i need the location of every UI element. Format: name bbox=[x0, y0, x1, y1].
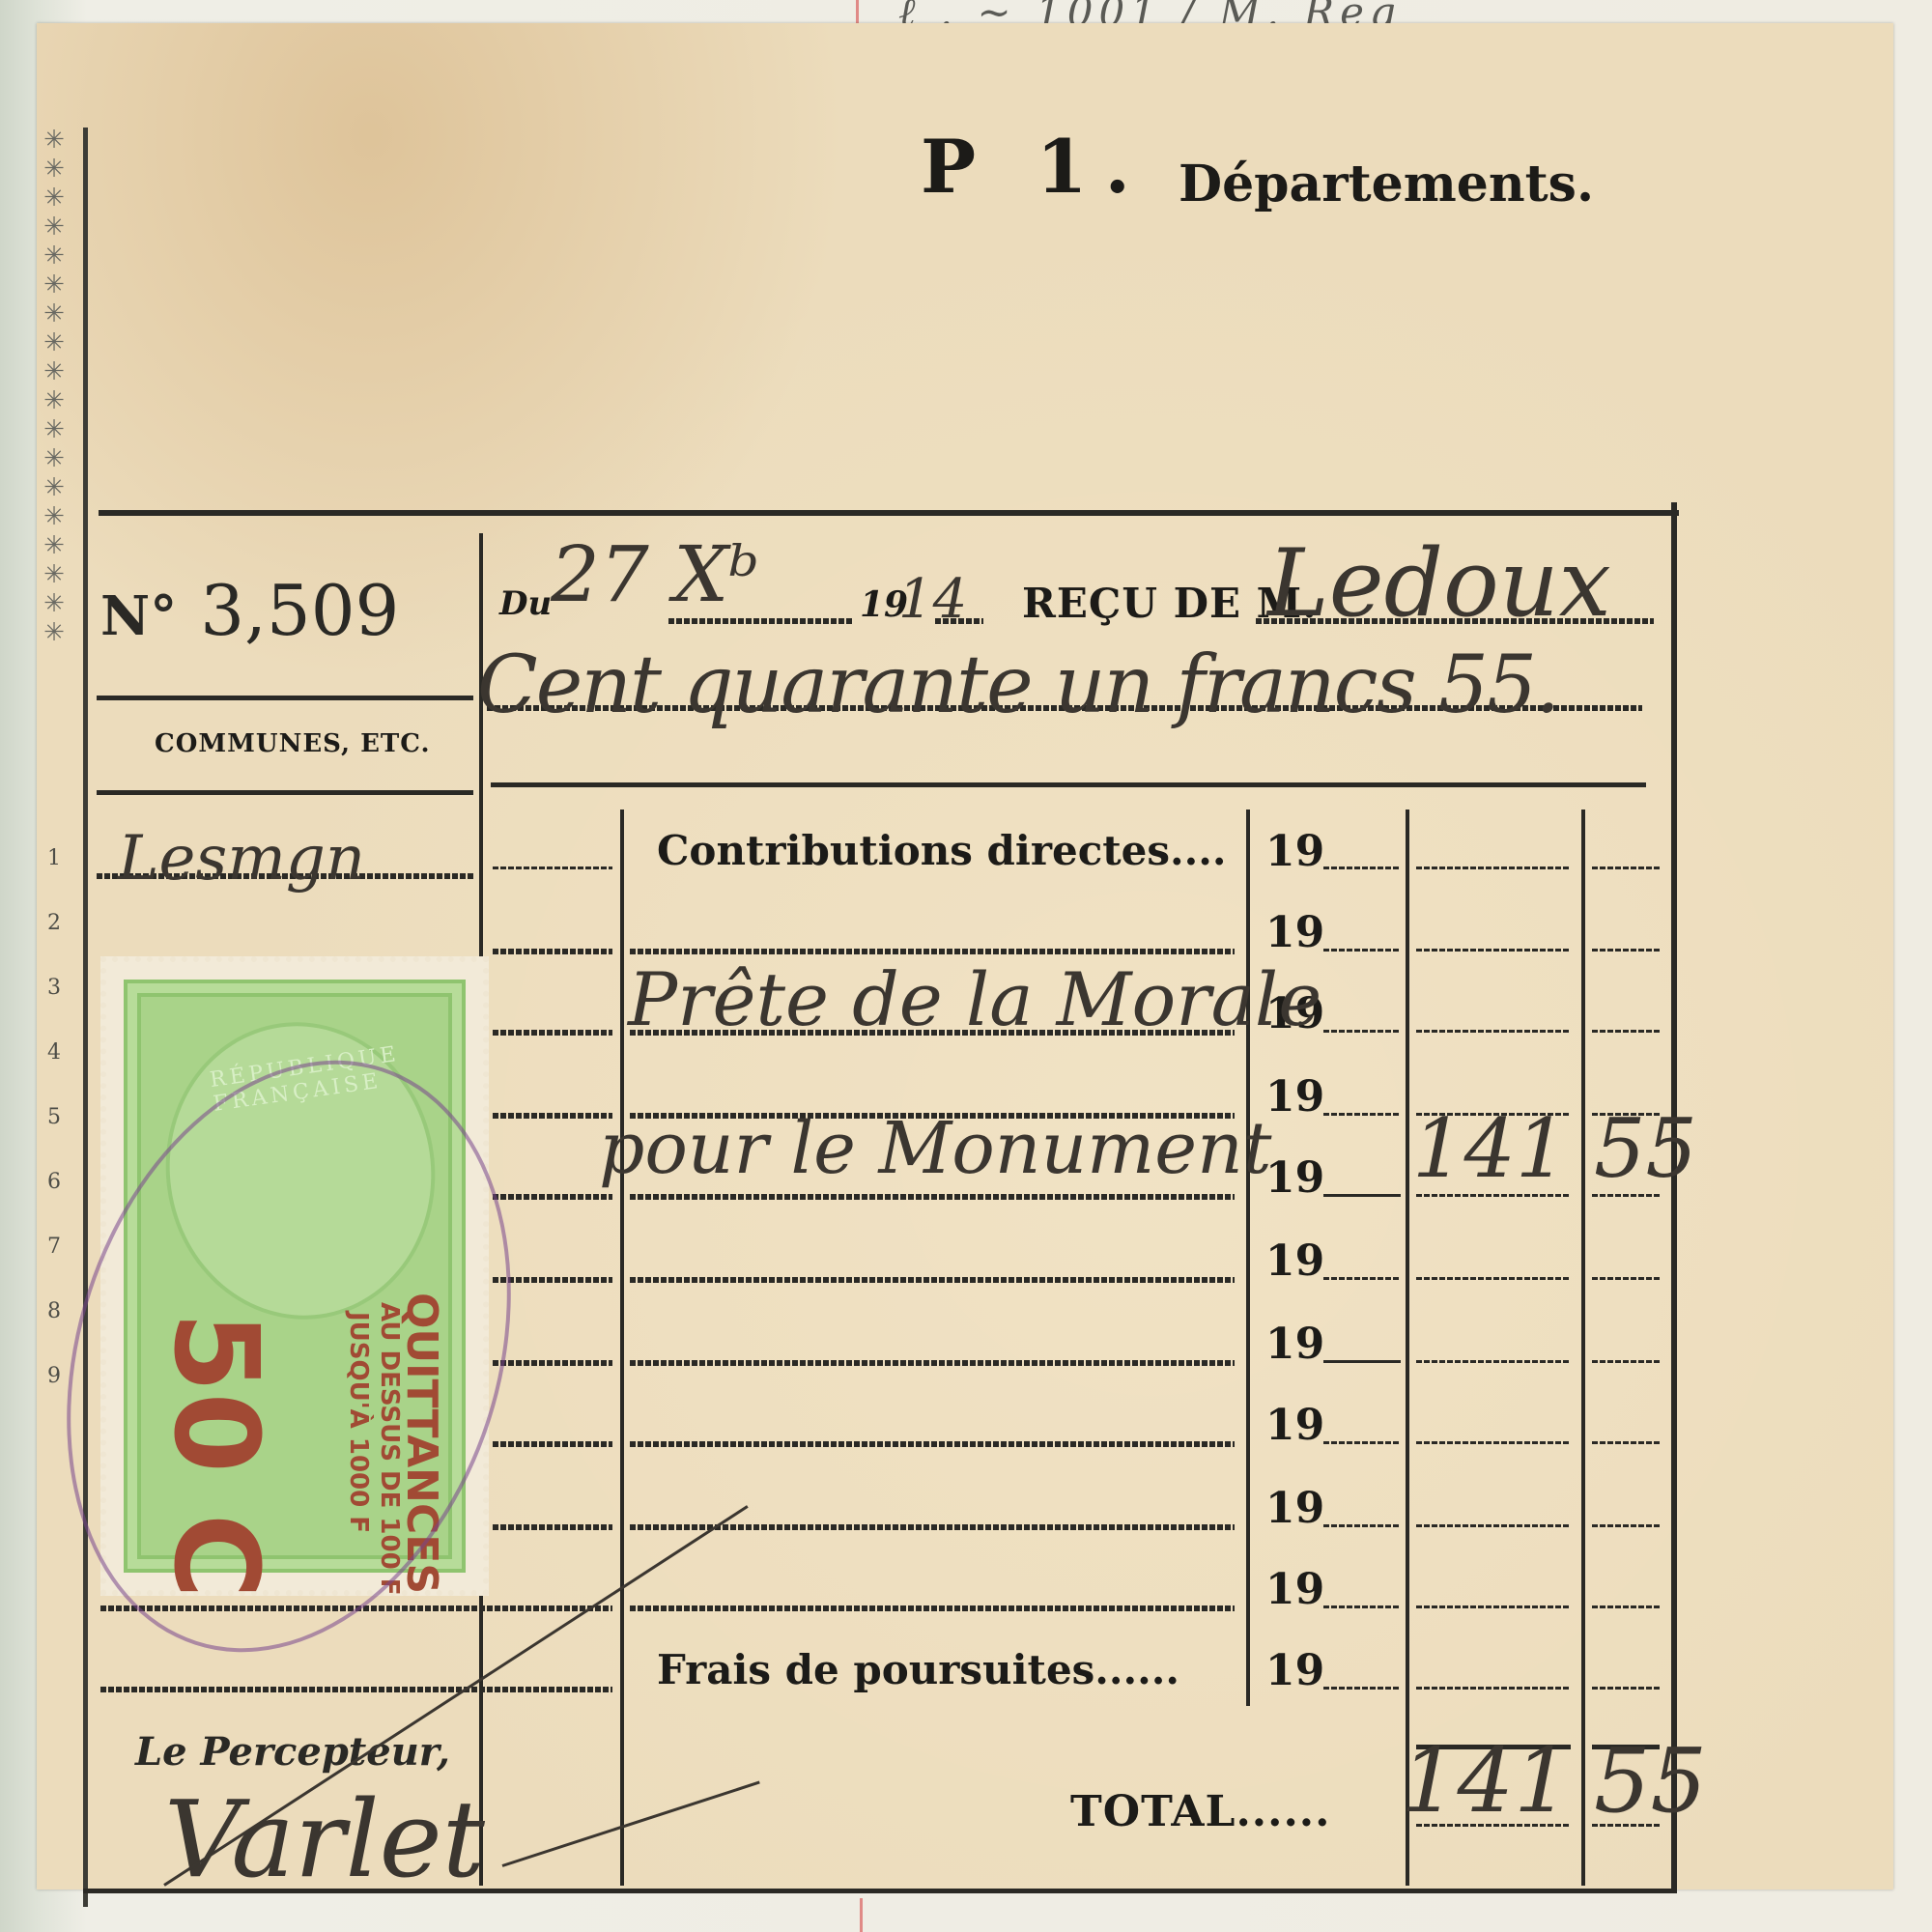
row-line bbox=[1592, 1441, 1660, 1444]
row-line bbox=[1323, 1030, 1401, 1033]
total-francs-handwritten: 141 bbox=[1401, 1729, 1571, 1833]
form-code: P 1. bbox=[921, 124, 1148, 210]
year-cell: 19 bbox=[1265, 908, 1324, 957]
row-line bbox=[1592, 1030, 1660, 1033]
row-line bbox=[493, 1194, 612, 1200]
row-line bbox=[1323, 1277, 1401, 1280]
row-line bbox=[1416, 1524, 1571, 1527]
year-cell: 19 bbox=[1265, 1153, 1324, 1203]
row-line bbox=[493, 1030, 612, 1036]
row-line bbox=[1323, 1524, 1401, 1527]
margin-number: 9 bbox=[43, 1344, 66, 1408]
year-handwritten: 14 bbox=[898, 568, 967, 631]
margin-number: 8 bbox=[43, 1279, 66, 1344]
row-line bbox=[1416, 1441, 1571, 1444]
column-divider bbox=[1406, 810, 1409, 1886]
row-line bbox=[630, 1194, 1235, 1200]
margin-number: 6 bbox=[43, 1150, 66, 1214]
row-line bbox=[1416, 1360, 1571, 1363]
row-line bbox=[1592, 1277, 1660, 1280]
section-rule bbox=[491, 782, 1646, 787]
row-line bbox=[493, 1524, 612, 1530]
communes-rule bbox=[97, 790, 473, 795]
row-line bbox=[1592, 949, 1660, 952]
year-cell: 19 bbox=[1265, 827, 1324, 876]
item-description-handwritten: pour le Monument bbox=[599, 1107, 1271, 1190]
row-line bbox=[100, 1687, 612, 1692]
commune-handwritten: Lesmgn bbox=[118, 823, 365, 895]
row-line bbox=[493, 949, 612, 954]
row-line bbox=[630, 1441, 1235, 1447]
star-border-decoration: ✳✳✳✳✳✳✳✳✳✳✳✳✳✳✳✳✳✳ bbox=[41, 126, 68, 667]
row-line bbox=[1323, 1194, 1401, 1197]
row-line bbox=[493, 1441, 612, 1447]
row-line bbox=[1416, 1277, 1571, 1280]
payer-name-handwritten: Ledoux bbox=[1267, 529, 1611, 638]
margin-number: 4 bbox=[43, 1020, 66, 1085]
year-cell: 19 bbox=[1265, 1320, 1324, 1369]
margin-number: 7 bbox=[43, 1214, 66, 1279]
total-label: TOTAL...... bbox=[1070, 1787, 1330, 1836]
number-rule bbox=[97, 696, 473, 700]
margin-number: 5 bbox=[43, 1085, 66, 1150]
item-label-frais: Frais de poursuites...... bbox=[657, 1646, 1179, 1693]
row-line bbox=[1592, 1605, 1660, 1608]
item-francs-handwritten: 141 bbox=[1412, 1101, 1567, 1196]
row-line bbox=[1416, 1687, 1571, 1690]
year-cell: 19 bbox=[1265, 1484, 1324, 1533]
row-line bbox=[1323, 1113, 1401, 1116]
table-right-border bbox=[1671, 502, 1677, 1893]
row-line bbox=[1323, 867, 1401, 869]
row-line bbox=[1416, 867, 1571, 869]
margin-numbers: 1 2 3 4 5 6 7 8 9 bbox=[43, 826, 66, 1408]
row-line bbox=[1592, 1360, 1660, 1363]
column-divider bbox=[1581, 810, 1585, 1886]
row-line bbox=[1323, 1605, 1401, 1608]
total-centimes-handwritten: 55 bbox=[1594, 1729, 1707, 1833]
amount-in-words-handwritten: Cent quarante un francs 55. bbox=[477, 639, 1558, 731]
year-cell: 19 bbox=[1265, 1236, 1324, 1286]
date-handwritten: 27 Xᵇ bbox=[551, 529, 759, 619]
column-divider bbox=[620, 810, 624, 1886]
number-value: 3,509 bbox=[200, 570, 399, 651]
row-line bbox=[1323, 1687, 1401, 1690]
item-label-contributions: Contributions directes.... bbox=[657, 827, 1227, 874]
communes-label: COMMUNES, ETC. bbox=[155, 729, 431, 758]
collector-label: Le Percepteur, bbox=[135, 1729, 450, 1775]
left-border-rule bbox=[83, 128, 88, 1907]
row-line bbox=[1416, 1605, 1571, 1608]
row-line bbox=[1416, 949, 1571, 952]
row-line bbox=[630, 1605, 1235, 1611]
row-line bbox=[493, 1113, 612, 1119]
ledger-margin-line bbox=[860, 1898, 863, 1932]
number-label: N° bbox=[100, 584, 177, 648]
year-cell: 19 bbox=[1265, 1072, 1324, 1122]
item-description-handwritten: Prête de la Morale bbox=[628, 956, 1321, 1042]
margin-number: 1 bbox=[43, 826, 66, 891]
collector-signature: Varlet bbox=[164, 1777, 485, 1901]
margin-number: 3 bbox=[43, 955, 66, 1020]
row-line bbox=[1323, 949, 1401, 952]
row-line bbox=[1592, 867, 1660, 869]
row-line bbox=[493, 1360, 612, 1366]
year-cell: 19 bbox=[1265, 1646, 1324, 1695]
form-title: Départements. bbox=[1179, 155, 1594, 213]
row-line bbox=[1323, 1360, 1401, 1363]
year-cell: 19 bbox=[1265, 1565, 1324, 1614]
year-cell: 19 bbox=[1265, 1401, 1324, 1450]
row-line bbox=[1323, 1441, 1401, 1444]
row-line bbox=[1416, 1030, 1571, 1033]
row-line bbox=[493, 867, 612, 869]
table-top-border bbox=[99, 510, 1679, 516]
row-line bbox=[1592, 1687, 1660, 1690]
row-line bbox=[1592, 1524, 1660, 1527]
item-centimes-handwritten: 55 bbox=[1594, 1101, 1697, 1196]
row-line bbox=[630, 1360, 1235, 1366]
column-divider bbox=[1246, 810, 1250, 1706]
receipt-number: N°3,509 bbox=[100, 570, 399, 651]
date-label: Du bbox=[499, 584, 552, 623]
row-line bbox=[630, 949, 1235, 954]
margin-number: 2 bbox=[43, 891, 66, 955]
row-line bbox=[630, 1277, 1235, 1283]
